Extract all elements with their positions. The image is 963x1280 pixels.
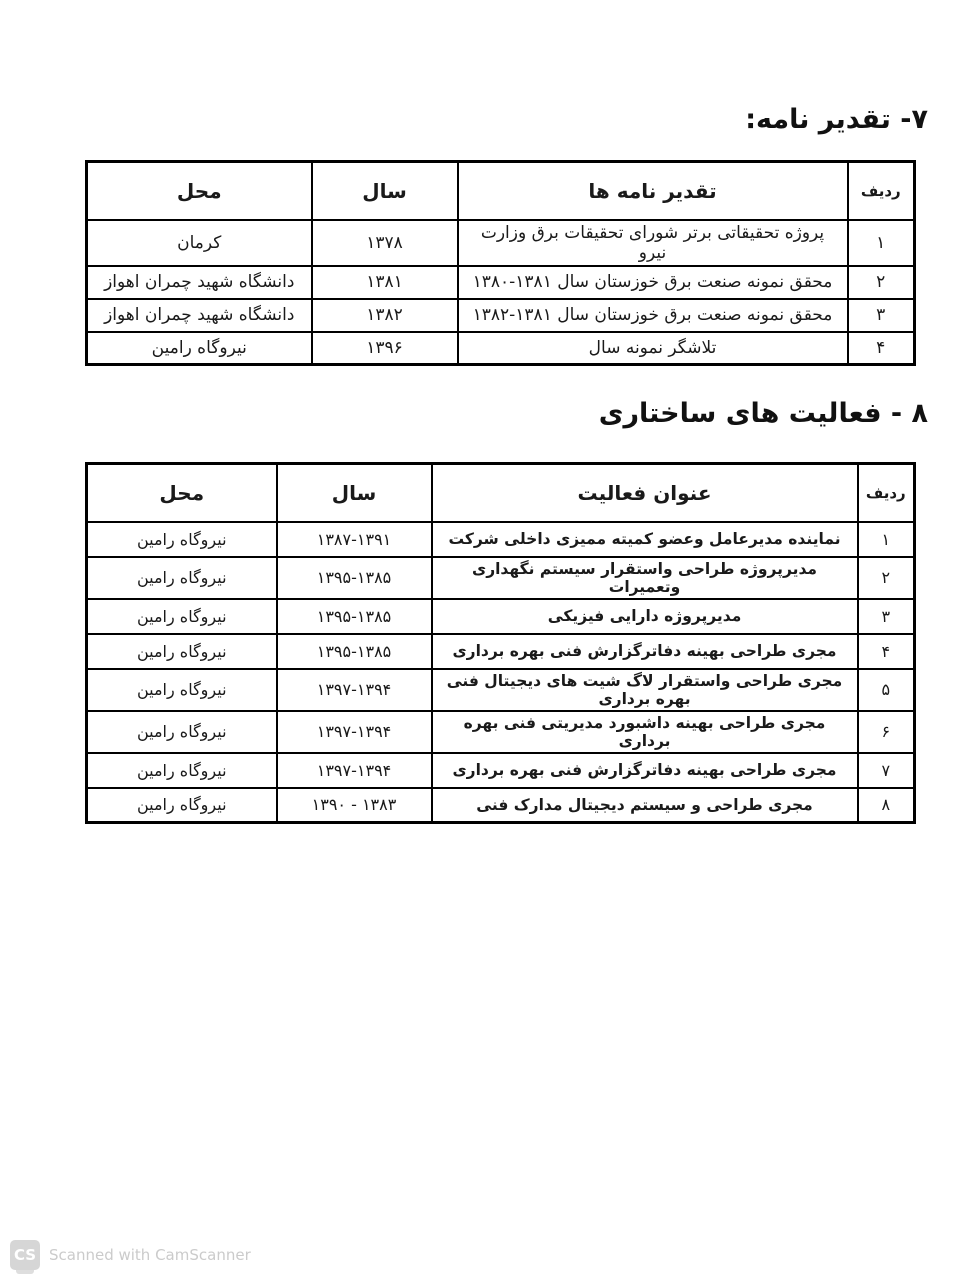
header-cell-rank: ردیف bbox=[848, 162, 915, 220]
activities-table-body: ۱نماینده مدیرعامل وعضو کمیته ممیزی داخلی… bbox=[87, 522, 915, 823]
camscanner-watermark-text: Scanned with CamScanner bbox=[49, 1246, 251, 1264]
cell-year: ۱۳۸۷-۱۳۹۱ bbox=[277, 522, 432, 557]
activities-table-header: ردیفعنوان فعالیتسالمحل bbox=[87, 464, 915, 522]
header-cell-title: تقدیر نامه ها bbox=[458, 162, 848, 220]
scanned-document-page: ۷- تقدیر نامه: ردیفتقدیر نامه هاسالمحل ۱… bbox=[0, 0, 963, 1280]
cell-place: نیروگاه رامین bbox=[87, 753, 277, 788]
table-row: ۳محقق نمونه صنعت برق خوزستان سال ۱۳۸۱-۱۳… bbox=[87, 299, 915, 332]
cell-year: ۱۳۹۰ - ۱۳۸۳ bbox=[277, 788, 432, 823]
cell-year: ۱۳۸۲ bbox=[312, 299, 458, 332]
appreciation-table-header: ردیفتقدیر نامه هاسالمحل bbox=[87, 162, 915, 220]
cell-title: مجری طراحی و سیستم دیجیتال مدارک فنی bbox=[432, 788, 858, 823]
cell-place: نیروگاه رامین bbox=[87, 711, 277, 753]
cell-title: نماینده مدیرعامل وعضو کمیته ممیزی داخلی … bbox=[432, 522, 858, 557]
cell-place: دانشگاه شهید چمران اهواز bbox=[87, 266, 312, 299]
cell-place: کرمان bbox=[87, 220, 312, 266]
table-row: ۱نماینده مدیرعامل وعضو کمیته ممیزی داخلی… bbox=[87, 522, 915, 557]
table-row: ۴مجری طراحی بهینه دفاترگزارش فنی بهره بر… bbox=[87, 634, 915, 669]
cell-title: مجری طراحی بهینه دفاترگزارش فنی بهره برد… bbox=[432, 634, 858, 669]
cell-place: نیروگاه رامین bbox=[87, 599, 277, 634]
cell-rank: ۴ bbox=[858, 634, 915, 669]
cell-place: نیروگاه رامین bbox=[87, 522, 277, 557]
header-cell-title: عنوان فعالیت bbox=[432, 464, 858, 522]
cell-rank: ۳ bbox=[858, 599, 915, 634]
appreciation-table-body: ۱پروژه تحقیقاتی برتر شورای تحقیقات برق و… bbox=[87, 220, 915, 365]
cell-year: ۱۳۹۷-۱۳۹۴ bbox=[277, 669, 432, 711]
cell-rank: ۱ bbox=[858, 522, 915, 557]
header-cell-rank: ردیف bbox=[858, 464, 915, 522]
cell-rank: ۶ bbox=[858, 711, 915, 753]
section-heading-structural-activities: ۸ - فعالیت های ساختاری bbox=[599, 398, 928, 429]
table-row: ۷مجری طراحی بهینه دفاترگزارش فنی بهره بر… bbox=[87, 753, 915, 788]
cell-year: ۱۳۹۵-۱۳۸۵ bbox=[277, 557, 432, 599]
table-row: ۸مجری طراحی و سیستم دیجیتال مدارک فنی۱۳۹… bbox=[87, 788, 915, 823]
cell-title: محقق نمونه صنعت برق خوزستان سال ۱۳۸۱-۱۳۸… bbox=[458, 299, 848, 332]
cell-year: ۱۳۹۷-۱۳۹۴ bbox=[277, 711, 432, 753]
cell-year: ۱۳۹۵-۱۳۸۵ bbox=[277, 634, 432, 669]
cell-place: نیروگاه رامین bbox=[87, 788, 277, 823]
camscanner-logo-icon: CS bbox=[10, 1240, 40, 1270]
header-cell-year: سال bbox=[277, 464, 432, 522]
cell-title: مجری طراحی واستقرار لاگ شیت های دیجیتال … bbox=[432, 669, 858, 711]
cell-place: نیروگاه رامین bbox=[87, 332, 312, 365]
cell-title: مدیرپروژه طراحی واستقرار سیستم نگهداری و… bbox=[432, 557, 858, 599]
cell-year: ۱۳۹۵-۱۳۸۵ bbox=[277, 599, 432, 634]
cell-place: نیروگاه رامین bbox=[87, 634, 277, 669]
cell-place: دانشگاه شهید چمران اهواز bbox=[87, 299, 312, 332]
cell-year: ۱۳۷۸ bbox=[312, 220, 458, 266]
cell-title: تلاشگر نمونه سال bbox=[458, 332, 848, 365]
appreciation-table: ردیفتقدیر نامه هاسالمحل ۱پروژه تحقیقاتی … bbox=[85, 160, 916, 366]
cell-rank: ۳ bbox=[848, 299, 915, 332]
table-row: ۵مجری طراحی واستقرار لاگ شیت های دیجیتال… bbox=[87, 669, 915, 711]
cell-title: مجری طراحی بهینه دفاترگزارش فنی بهره برد… bbox=[432, 753, 858, 788]
cell-rank: ۲ bbox=[848, 266, 915, 299]
table-row: ۴تلاشگر نمونه سال۱۳۹۶نیروگاه رامین bbox=[87, 332, 915, 365]
cell-year: ۱۳۹۶ bbox=[312, 332, 458, 365]
header-cell-place: محل bbox=[87, 162, 312, 220]
cell-year: ۱۳۸۱ bbox=[312, 266, 458, 299]
header-row: ردیفتقدیر نامه هاسالمحل bbox=[87, 162, 915, 220]
cell-year: ۱۳۹۷-۱۳۹۴ bbox=[277, 753, 432, 788]
table-row: ۶مجری طراحی بهینه داشبورد مدیریتی فنی به… bbox=[87, 711, 915, 753]
cell-title: مدیرپروژه دارایی فیزیکی bbox=[432, 599, 858, 634]
header-cell-place: محل bbox=[87, 464, 277, 522]
table-row: ۲محقق نمونه صنعت برق خوزستان سال ۱۳۸۱-۱۳… bbox=[87, 266, 915, 299]
table-row: ۲مدیرپروژه طراحی واستقرار سیستم نگهداری … bbox=[87, 557, 915, 599]
section-heading-appreciation: ۷- تقدیر نامه: bbox=[745, 104, 928, 135]
cell-title: پروژه تحقیقاتی برتر شورای تحقیقات برق وز… bbox=[458, 220, 848, 266]
table-row: ۳مدیرپروژه دارایی فیزیکی۱۳۹۵-۱۳۸۵نیروگاه… bbox=[87, 599, 915, 634]
table-row: ۱پروژه تحقیقاتی برتر شورای تحقیقات برق و… bbox=[87, 220, 915, 266]
cell-rank: ۸ bbox=[858, 788, 915, 823]
cell-place: نیروگاه رامین bbox=[87, 557, 277, 599]
activities-table: ردیفعنوان فعالیتسالمحل ۱نماینده مدیرعامل… bbox=[85, 462, 916, 824]
cell-rank: ۲ bbox=[858, 557, 915, 599]
cell-place: نیروگاه رامین bbox=[87, 669, 277, 711]
cell-title: محقق نمونه صنعت برق خوزستان سال ۱۳۸۱-۱۳۸… bbox=[458, 266, 848, 299]
header-row: ردیفعنوان فعالیتسالمحل bbox=[87, 464, 915, 522]
cell-rank: ۴ bbox=[848, 332, 915, 365]
camscanner-watermark: CS Scanned with CamScanner bbox=[10, 1240, 251, 1270]
cell-rank: ۱ bbox=[848, 220, 915, 266]
cell-rank: ۵ bbox=[858, 669, 915, 711]
cell-rank: ۷ bbox=[858, 753, 915, 788]
cell-title: مجری طراحی بهینه داشبورد مدیریتی فنی بهر… bbox=[432, 711, 858, 753]
header-cell-year: سال bbox=[312, 162, 458, 220]
